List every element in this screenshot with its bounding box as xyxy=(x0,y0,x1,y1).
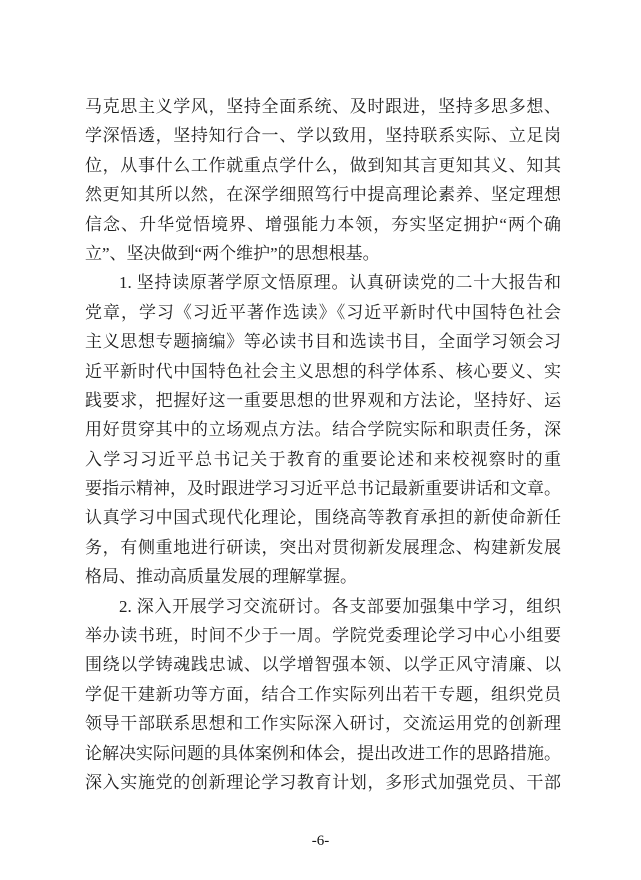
document-line: 位，从事什么工作就重点学什么，做到知其言更知其义、知其 xyxy=(85,151,561,180)
document-line: 践要求，把握好这一重要思想的世界观和方法论，坚持好、运 xyxy=(85,386,561,415)
document-line: 认真学习中国式现代化理论，围绕高等教育承担的新使命新任 xyxy=(85,503,561,532)
document-line: 2. 深入开展学习交流研讨。各支部要加强集中学习，组织 xyxy=(85,592,561,621)
document-line: 领导干部联系思想和工作实际深入研讨，交流运用党的创新理 xyxy=(85,709,561,738)
document-line: 入学习习近平总书记关于教育的重要论述和来校视察时的重 xyxy=(85,445,561,474)
document-body: 马克思主义学风，坚持全面系统、及时跟进，坚持多思多想、学深悟透，坚持知行合一、学… xyxy=(85,92,561,797)
page-number: -6- xyxy=(0,831,641,851)
document-line: 用好贯穿其中的立场观点方法。结合学院实际和职责任务，深 xyxy=(85,415,561,444)
document-line: 信念、升华觉悟境界、增强能力本领，夯实坚定拥护“两个确 xyxy=(85,210,561,239)
document-line: 格局、推动高质量发展的理解掌握。 xyxy=(85,562,561,591)
document-line: 要指示精神，及时跟进学习习近平总书记最新重要讲话和文章。 xyxy=(85,474,561,503)
document-line: 立”、坚决做到“两个维护”的思想根基。 xyxy=(85,239,561,268)
document-line: 学促干建新功等方面，结合工作实际列出若干专题，组织党员 xyxy=(85,680,561,709)
document-line: 党章，学习《习近平著作选读》《习近平新时代中国特色社会 xyxy=(85,298,561,327)
document-line: 举办读书班，时间不少于一周。学院党委理论学习中心小组要 xyxy=(85,621,561,650)
document-page: 马克思主义学风，坚持全面系统、及时跟进，坚持多思多想、学深悟透，坚持知行合一、学… xyxy=(0,0,641,880)
document-line: 近平新时代中国特色社会主义思想的科学体系、核心要义、实 xyxy=(85,357,561,386)
document-line: 深入实施党的创新理论学习教育计划，多形式加强党员、干部 xyxy=(85,768,561,797)
document-line: 学深悟透，坚持知行合一、学以致用，坚持联系实际、立足岗 xyxy=(85,121,561,150)
document-line: 然更知其所以然，在深学细照笃行中提高理论素养、坚定理想 xyxy=(85,180,561,209)
document-line: 务，有侧重地进行研读，突出对贯彻新发展理念、构建新发展 xyxy=(85,533,561,562)
document-line: 1. 坚持读原著学原文悟原理。认真研读党的二十大报告和 xyxy=(85,268,561,297)
document-line: 马克思主义学风，坚持全面系统、及时跟进，坚持多思多想、 xyxy=(85,92,561,121)
document-line: 围绕以学铸魂践忠诚、以学增智强本领、以学正风守清廉、以 xyxy=(85,650,561,679)
document-line: 主义思想专题摘编》等必读书目和选读书目，全面学习领会习 xyxy=(85,327,561,356)
document-line: 论解决实际问题的具体案例和体会，提出改进工作的思路措施。 xyxy=(85,739,561,768)
